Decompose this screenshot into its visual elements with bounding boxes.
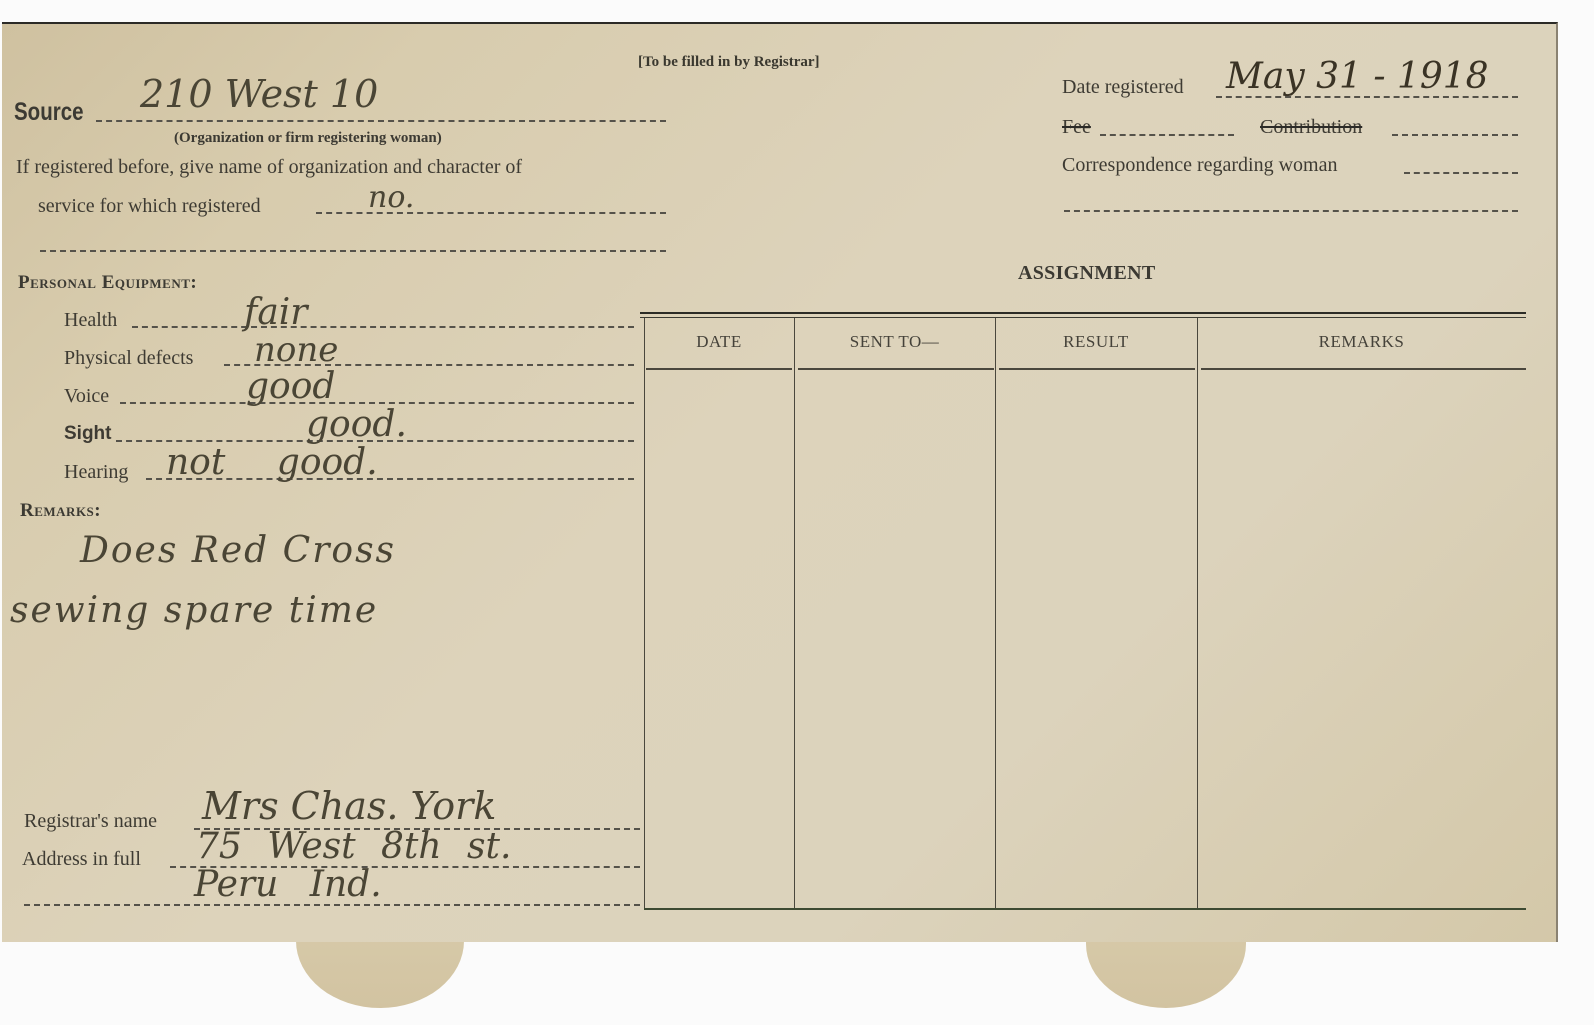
table-bottom-rule [644, 908, 1526, 910]
sight-value[interactable]: good. [306, 404, 407, 445]
correspondence-line-2 [1064, 210, 1518, 212]
voice-label: Voice [64, 385, 109, 408]
voice-value[interactable]: good [246, 366, 335, 407]
table-header-rule [646, 368, 792, 370]
address-label: Address in full [22, 848, 141, 871]
remarks-line-2[interactable]: sewing spare time [10, 590, 378, 631]
registrar-name-value[interactable]: Mrs Chas. York [202, 784, 496, 828]
assignment-table: DATE SENT TO— RESULT REMARKS [640, 312, 1526, 912]
registrar-note: [To be filled in by Registrar] [638, 54, 820, 71]
date-registered-label: Date registered [1062, 76, 1184, 99]
source-caption: (Organization or firm registering woman) [174, 130, 442, 147]
table-col-divider [644, 318, 645, 908]
health-value[interactable]: fair [244, 292, 308, 333]
physical-defects-label: Physical defects [64, 347, 193, 370]
previous-registration-label-2: service for which registered [38, 195, 261, 218]
previous-registration-line-2 [40, 250, 666, 252]
physical-defects-value[interactable]: none [254, 330, 338, 370]
table-header-rule [798, 368, 994, 370]
remarks-line-1[interactable]: Does Red Cross [80, 530, 396, 571]
date-registered-value[interactable]: May 31 - 1918 [1226, 56, 1489, 97]
health-label: Health [64, 309, 117, 332]
table-col-divider [794, 318, 795, 908]
address-value-2[interactable]: Peru Ind. [194, 864, 382, 905]
assignment-title: ASSIGNMENT [1018, 262, 1155, 285]
fee-line [1100, 134, 1234, 136]
source-line [96, 120, 666, 122]
health-line [132, 326, 634, 328]
table-header-rule [1201, 368, 1526, 370]
correspondence-line [1404, 172, 1518, 174]
previous-registration-value[interactable]: no. [368, 180, 414, 215]
contribution-line [1392, 134, 1518, 136]
registrar-name-label: Registrar's name [24, 810, 157, 833]
personal-equipment-heading: Personal Equipment: [18, 272, 197, 294]
table-col-divider [995, 318, 996, 908]
column-header-result: RESULT [995, 332, 1197, 352]
sight-label: Sight [64, 423, 112, 445]
remarks-heading: Remarks: [20, 500, 101, 522]
column-header-remarks: REMARKS [1197, 332, 1526, 352]
card-tab-left [296, 936, 464, 1008]
source-value[interactable]: 210 West 10 [140, 72, 378, 116]
hearing-value[interactable]: not good. [166, 442, 378, 483]
table-header-rule [999, 368, 1195, 370]
correspondence-label: Correspondence regarding woman [1062, 154, 1337, 177]
table-top-rule [640, 312, 1526, 318]
source-label: Source [14, 98, 84, 127]
hearing-label: Hearing [64, 461, 128, 484]
address-value-1[interactable]: 75 West 8th st. [196, 826, 511, 867]
column-header-sent-to: SENT TO— [794, 332, 995, 352]
address-line-2 [24, 904, 640, 906]
column-header-date: DATE [644, 332, 794, 352]
table-col-divider [1197, 318, 1198, 908]
contribution-label: Contribution [1260, 116, 1362, 139]
card-tab-right [1086, 936, 1246, 1008]
previous-registration-label-1: If registered before, give name of organ… [16, 156, 522, 179]
fee-label: Fee [1062, 116, 1091, 139]
